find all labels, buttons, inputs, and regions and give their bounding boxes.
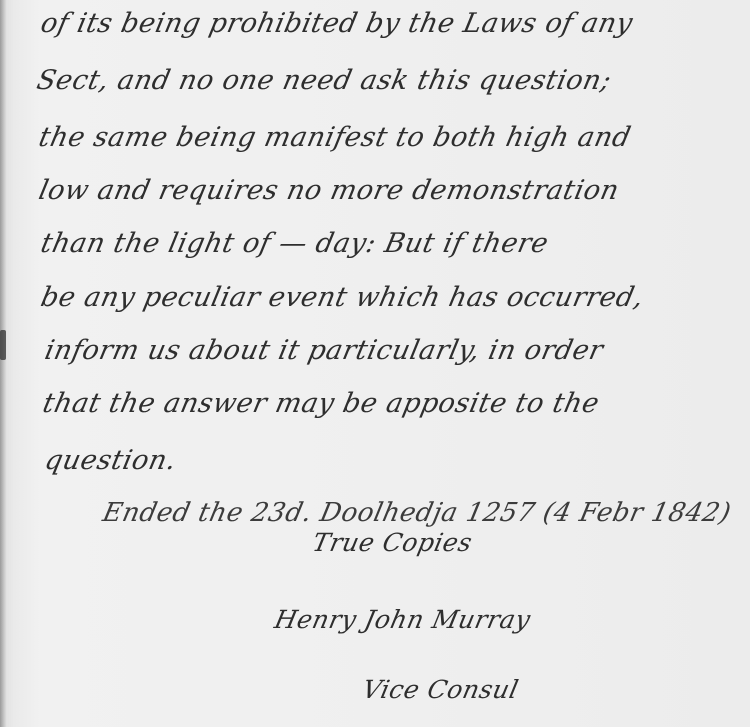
body-line: of its being prohibited by the Laws of a…	[38, 8, 636, 39]
body-line: low and requires no more demonstration	[36, 175, 622, 206]
body-line: question.	[42, 445, 179, 476]
body-line: the same being manifest to both high and	[36, 122, 634, 153]
body-line: inform us about it particularly, in orde…	[42, 335, 606, 366]
binding-mark	[0, 330, 6, 360]
body-line: Sect, and no one need ask this question;	[34, 65, 614, 96]
page-binding-edge	[0, 0, 7, 727]
body-line: be any peculiar event which has occurred…	[38, 282, 647, 313]
body-line: that the answer may be apposite to the	[40, 388, 602, 419]
signature-name: Henry John Murray	[272, 605, 533, 634]
attestation-text: True Copies	[310, 528, 475, 557]
manuscript-page: of its being prohibited by the Laws of a…	[0, 0, 750, 727]
signature-title: Vice Consul	[360, 675, 521, 704]
body-line: than the light of — day: But if there	[38, 228, 551, 259]
dateline: Ended the 23d. Doolhedja 1257 (4 Febr 18…	[100, 498, 734, 528]
